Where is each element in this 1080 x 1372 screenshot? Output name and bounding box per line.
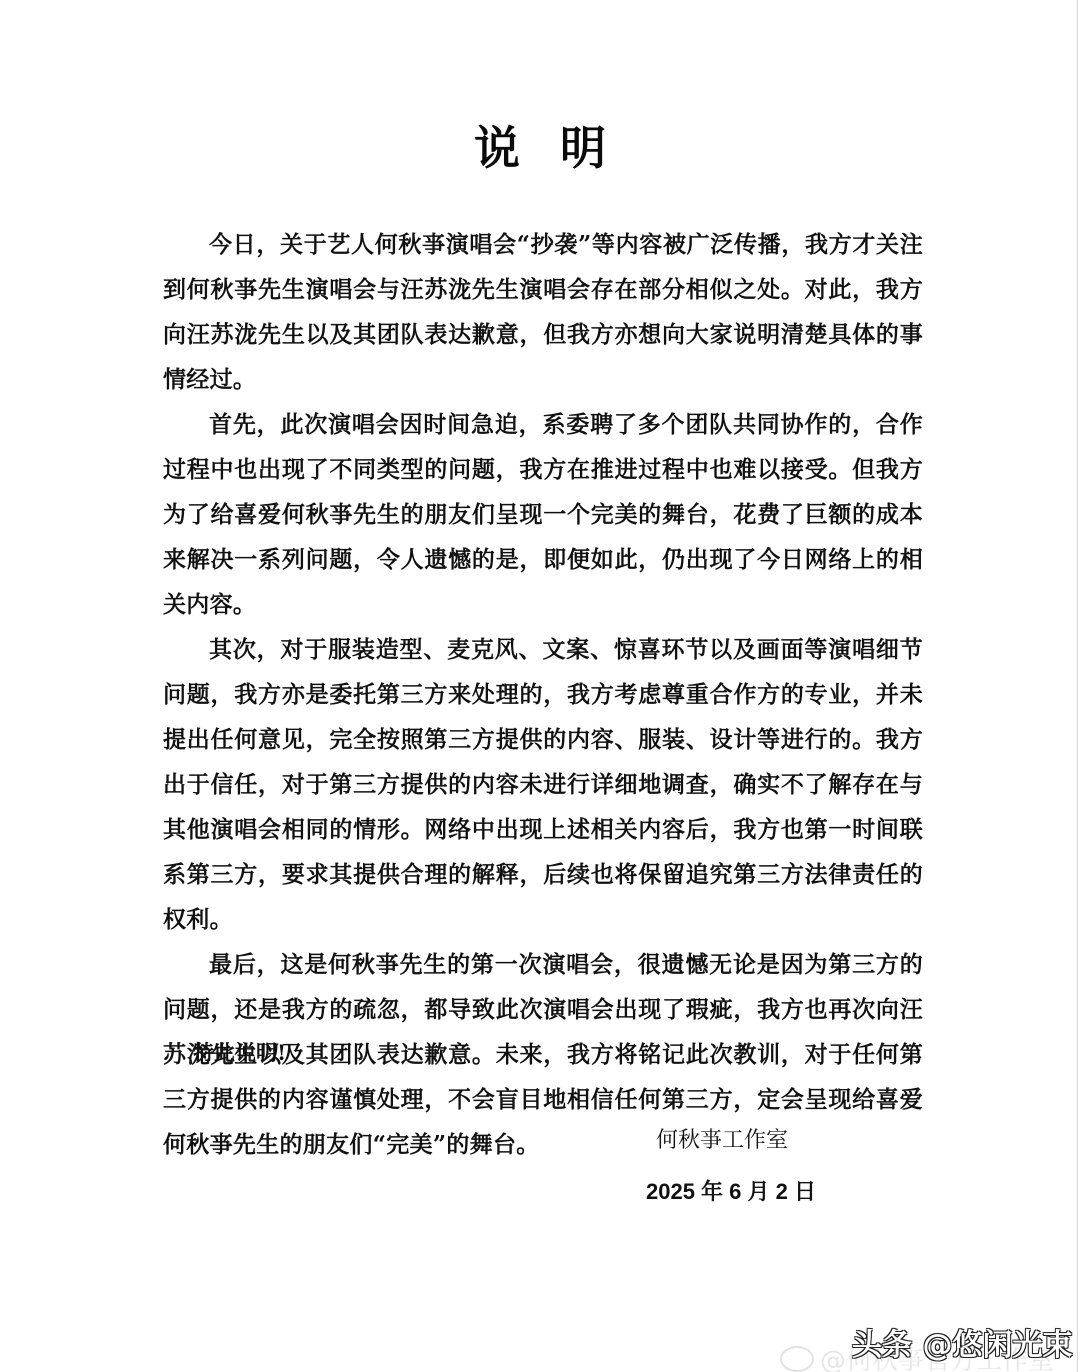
- paragraph-first: 首先，此次演唱会因时间急迫，系委聘了多个团队共同协作的，合作过程中也出现了不同类…: [163, 402, 923, 627]
- page-edge-line: [1077, 0, 1078, 1372]
- toutiao-watermark: 头条 @悠闲光束: [852, 1320, 1072, 1364]
- document-title: 说明: [0, 112, 1080, 178]
- paragraph-second: 其次，对于服装造型、麦克风、文案、惊喜环节以及画面等演唱细节问题，我方亦是委托第…: [163, 627, 923, 942]
- signature: 何秋亊工作室: [656, 1123, 788, 1154]
- paragraph-intro: 今日，关于艺人何秋亊演唱会“抄袭”等内容被广泛传播，我方才关注到何秋亊先生演唱会…: [163, 222, 923, 402]
- weibo-icon: [780, 1346, 814, 1372]
- closing-statement: 特此说明!: [193, 1037, 286, 1067]
- document-date: 2025 年 6 月 2 日: [646, 1175, 816, 1206]
- document-body: 今日，关于艺人何秋亊演唱会“抄袭”等内容被广泛传播，我方才关注到何秋亊先生演唱会…: [163, 222, 923, 1167]
